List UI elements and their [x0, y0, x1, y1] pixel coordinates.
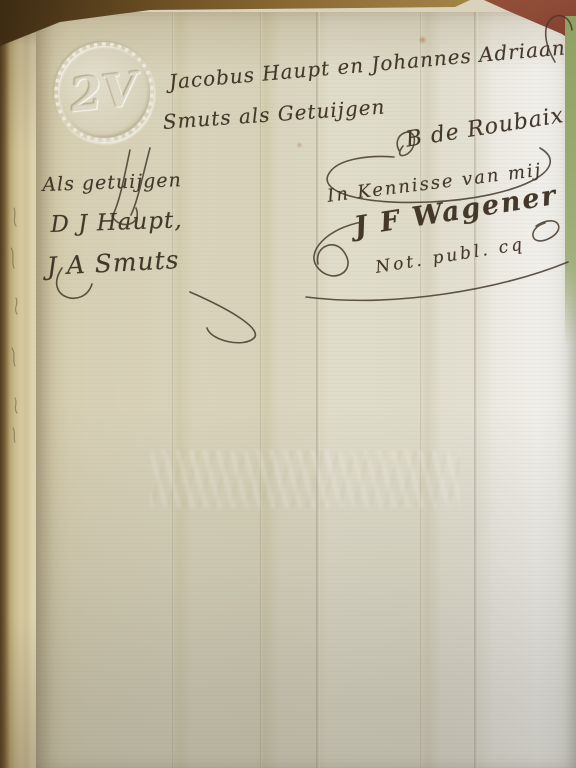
book-gutter-shadow [0, 0, 40, 768]
paper-stain [418, 36, 427, 44]
embossed-seal: 2V [54, 42, 154, 142]
page-bottom-shadow [36, 408, 576, 768]
document-photo: 2V Jacobus Haupt en Johannes Adriaan Smu… [0, 0, 576, 768]
paper-stain [296, 142, 303, 148]
background-green-edge [565, 16, 576, 346]
signature-haupt: D J Haupt, [50, 207, 183, 238]
seal-monogram: 2V [68, 62, 141, 123]
